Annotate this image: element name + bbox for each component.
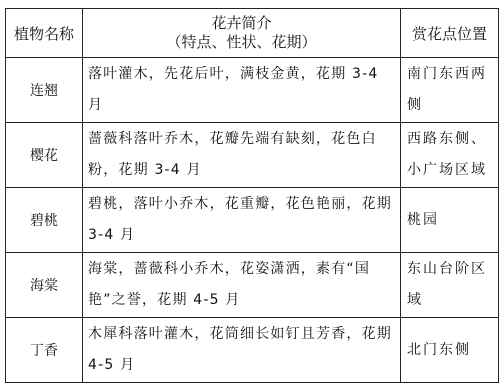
header-intro-line1: 花卉简介: [83, 14, 400, 33]
plant-location-cell: 桃园: [401, 188, 499, 253]
plant-name-cell: 连翘: [6, 58, 83, 123]
table-row: 樱花 蔷薇科落叶乔木，花瓣先端有缺刻，花色白粉，花期 3-4 月 西路东侧、小广…: [6, 123, 499, 188]
header-intro-line2: （特点、性状、花期）: [83, 33, 400, 52]
plant-location-cell: 北门东侧: [401, 318, 499, 383]
plant-name-cell: 碧桃: [6, 188, 83, 253]
plant-location-cell: 南门东西两侧: [401, 58, 499, 123]
plant-desc-cell: 碧桃，落叶小乔木，花重瓣，花色艳丽，花期 3-4 月: [83, 188, 401, 253]
table-row: 连翘 落叶灌木，先花后叶，满枝金黄，花期 3-4 月 南门东西两侧: [6, 58, 499, 123]
plant-name-cell: 樱花: [6, 123, 83, 188]
header-viewing-location: 赏花点位置: [401, 9, 499, 58]
plant-desc-cell: 木犀科落叶灌木，花筒细长如钉且芳香，花期 4-5 月: [83, 318, 401, 383]
table-row: 碧桃 碧桃，落叶小乔木，花重瓣，花色艳丽，花期 3-4 月 桃园: [6, 188, 499, 253]
header-flower-intro: 花卉简介 （特点、性状、花期）: [83, 9, 401, 58]
plant-desc-cell: 蔷薇科落叶乔木，花瓣先端有缺刻，花色白粉，花期 3-4 月: [83, 123, 401, 188]
plant-desc-cell: 落叶灌木，先花后叶，满枝金黄，花期 3-4 月: [83, 58, 401, 123]
flower-info-table: 植物名称 花卉简介 （特点、性状、花期） 赏花点位置 连翘 落叶灌木，先花后叶，…: [5, 8, 499, 383]
plant-location-cell: 西路东侧、小广场区域: [401, 123, 499, 188]
header-plant-name: 植物名称: [6, 9, 83, 58]
plant-name-cell: 丁香: [6, 318, 83, 383]
table-row: 海棠 海棠，蔷薇科小乔木，花姿潇洒，素有“国艳”之誉，花期 4-5 月 东山台阶…: [6, 253, 499, 318]
plant-desc-cell: 海棠，蔷薇科小乔木，花姿潇洒，素有“国艳”之誉，花期 4-5 月: [83, 253, 401, 318]
plant-location-cell: 东山台阶区域: [401, 253, 499, 318]
table-header-row: 植物名称 花卉简介 （特点、性状、花期） 赏花点位置: [6, 9, 499, 58]
plant-name-cell: 海棠: [6, 253, 83, 318]
table-row: 丁香 木犀科落叶灌木，花筒细长如钉且芳香，花期 4-5 月 北门东侧: [6, 318, 499, 383]
